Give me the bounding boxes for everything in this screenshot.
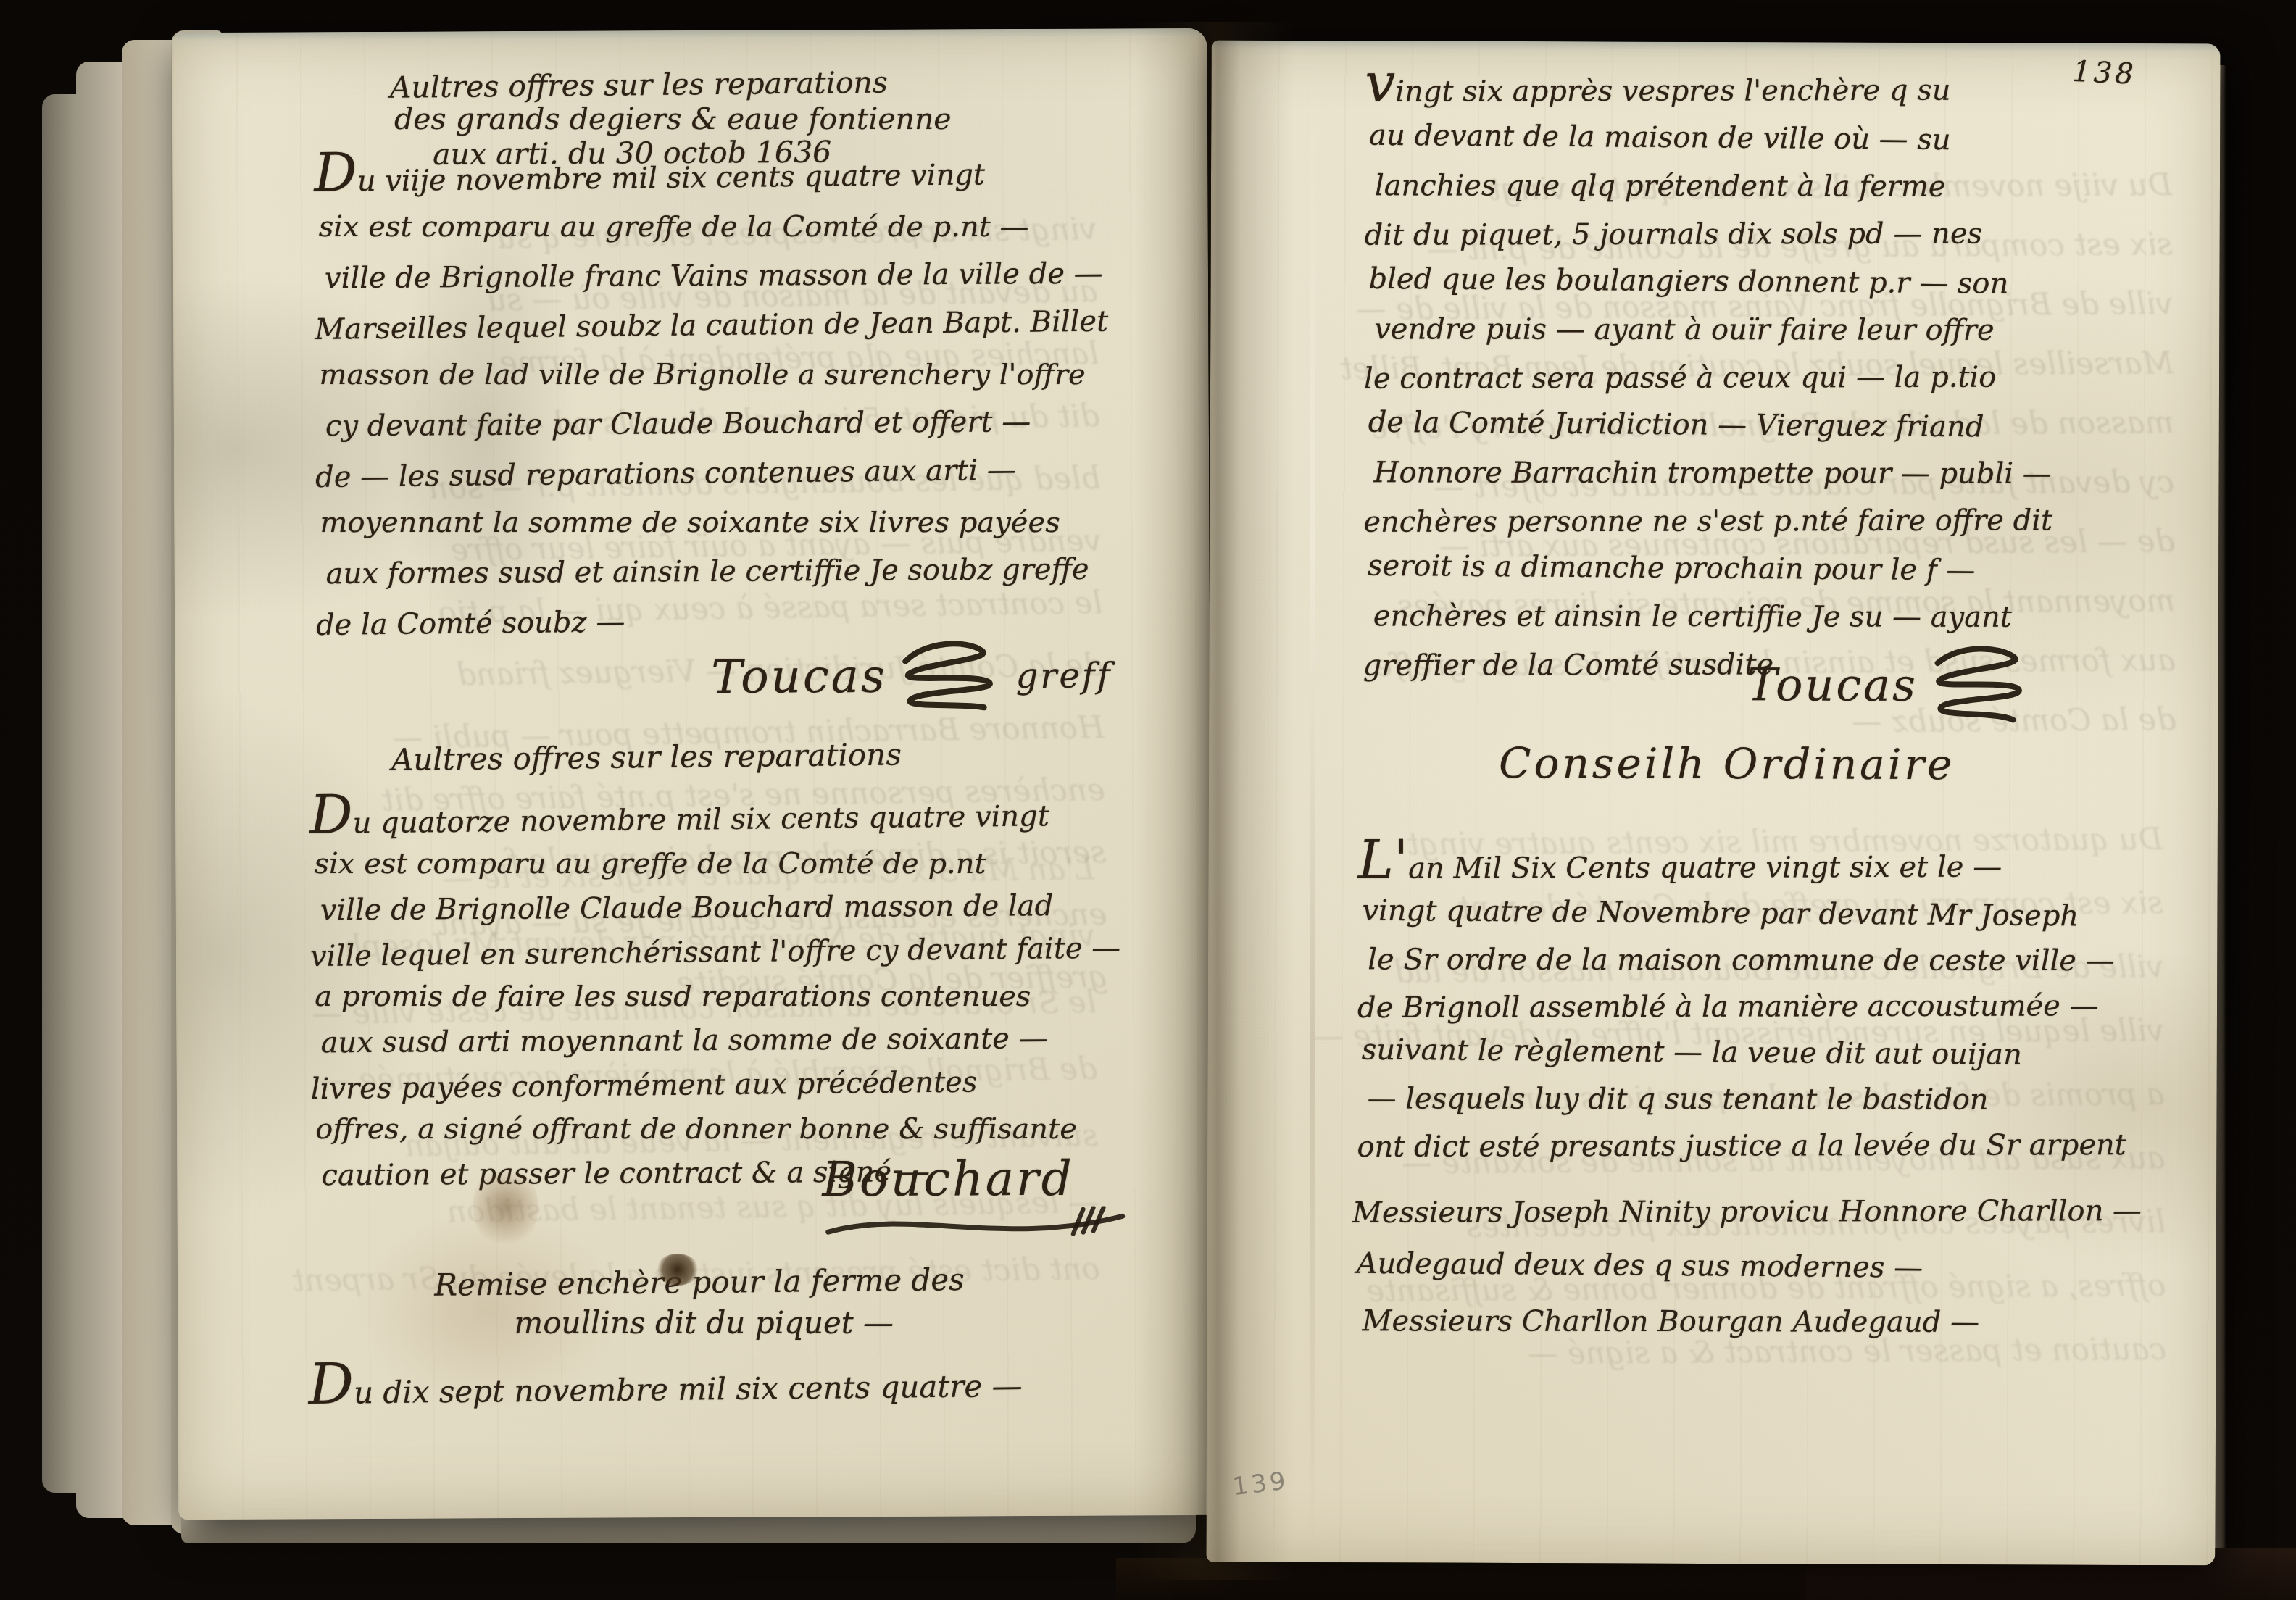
manuscript-line: Du quatorze novembre mil six cents quatr… bbox=[309, 785, 1209, 846]
manuscript-line: moullins dit du piquet — bbox=[421, 1303, 986, 1343]
manuscript-line: L'an Mil Six Cents quatre vingt six et l… bbox=[1358, 837, 2221, 892]
entry-paragraph-2: Du quatorze novembre mil six cents quatr… bbox=[309, 788, 1210, 1197]
manuscript-line: — lesquels luy dit q sus tenant le basti… bbox=[1368, 1075, 2221, 1123]
manuscript-line: cy devant faite par Claude Bouchard et o… bbox=[325, 396, 1202, 451]
council-heading: Conseilh Ordinaire bbox=[1499, 738, 1955, 789]
left-page: vingt six apprès vespres l'enchère q sua… bbox=[172, 28, 1214, 1520]
manuscript-line: suivant le règlement — la veue dit aut o… bbox=[1362, 1027, 2221, 1080]
attendees-paragraph: Messieurs Joseph Ninity provicu Honnore … bbox=[1352, 1183, 2220, 1351]
entry-paragraph-2: L'an Mil Six Cents quatre vingt six et l… bbox=[1357, 836, 2220, 1170]
entry-paragraph-1: vingt six apprès vespres l'enchère q sua… bbox=[1363, 59, 2206, 690]
manuscript-line: Messieurs Charllon Bourgan Audegaud — bbox=[1362, 1293, 2220, 1350]
manuscript-line: ont dict esté presants justice a la levé… bbox=[1357, 1122, 2220, 1170]
manuscript-line: Honnore Barrachin trompette pour — publi… bbox=[1374, 449, 2215, 498]
manuscript-line: ville de Brignolle Claude Bouchard masso… bbox=[320, 883, 1214, 933]
manuscript-line: six est comparu au greffe de la Comté de… bbox=[315, 842, 1213, 886]
section-heading-offers-2: Aultres offres sur les reparations bbox=[378, 738, 915, 777]
signature-name: Toucas bbox=[711, 650, 887, 704]
manuscript-line: de la Comté Juridiction — Vierguez frian… bbox=[1368, 399, 2209, 453]
manuscript-line: au devant de la maison de ville où — su bbox=[1369, 112, 2210, 166]
pencil-folio-number: 139 bbox=[1231, 1466, 1290, 1501]
right-page: Du viije novembre mil six cents quatre v… bbox=[1206, 41, 2220, 1566]
manuscript-line: le Sr ordre de la maison commune de cest… bbox=[1368, 936, 2220, 984]
manuscript-line: aux susd arti moyennant la somme de soix… bbox=[320, 1016, 1213, 1066]
manuscript-line: Du viije novembre mil six cents quatre v… bbox=[314, 143, 1191, 207]
manuscript-line: lanchies que qlq prétendent à la ferme bbox=[1375, 162, 2216, 211]
manuscript-line: dit du piquet, 5 journals dix sols pd — … bbox=[1365, 209, 2205, 259]
manuscript-line: livres payées conformément aux précédent… bbox=[311, 1058, 1210, 1112]
manuscript-line: Aultres offres sur les reparations bbox=[378, 736, 915, 778]
manuscript-line: ville de Brignolle franc Vains masson de… bbox=[325, 249, 1202, 303]
entry-paragraph-1: Du viije novembre mil six cents quatre v… bbox=[314, 146, 1193, 647]
section-heading-remise: Remise enchère pour la ferme desmoullins… bbox=[417, 1261, 982, 1344]
manuscript-line: des grands degiers & eaue fontienne bbox=[394, 102, 858, 136]
manuscript-line: enchères et ainsin le certiffie Je su — … bbox=[1373, 592, 2214, 641]
signature-name: Bouchard bbox=[822, 1151, 1074, 1208]
manuscript-line: enchères personne ne s'est p.nté faire o… bbox=[1363, 496, 2204, 546]
signature-name: Toucas bbox=[1747, 658, 1918, 712]
manuscript-line: six est comparu au greffe de la Comté de… bbox=[319, 202, 1196, 251]
manuscript-line: offres, a signé offrant de donner bonne … bbox=[315, 1107, 1213, 1151]
book-board bbox=[1116, 1558, 1805, 1600]
signature-toucas: Toucas bbox=[1747, 641, 2037, 728]
manuscript-line: bled que les boulangiers donnent p.r — s… bbox=[1368, 255, 2209, 309]
manuscript-line: de — les susd reparations contenues aux … bbox=[315, 443, 1193, 502]
signature-bouchard: Bouchard bbox=[822, 1150, 1134, 1246]
manuscript-line: Audegaud deux des q sus modernes — bbox=[1356, 1236, 2220, 1299]
manuscript-line: vingt quatre de Novembre par devant Mr J… bbox=[1362, 888, 2220, 941]
manuscript-line: Du dix sept novembre mil six cents quatr… bbox=[308, 1353, 1207, 1417]
deckle-edge bbox=[172, 28, 1207, 49]
manuscript-line: vendre puis — ayant à ouïr faire leur of… bbox=[1374, 305, 2215, 354]
manuscript-line: Marseilles lequel soubz la caution de Je… bbox=[315, 296, 1192, 354]
fold-crease bbox=[1310, 51, 1315, 1551]
manuscript-line: Aultres offres sur les reparations bbox=[390, 66, 854, 105]
council-heading-label: Conseilh Ordinaire bbox=[1499, 738, 1955, 789]
manuscript-line: ville lequel en surenchérissant l'offre … bbox=[310, 925, 1210, 979]
signature-paraph-icon bbox=[897, 636, 1005, 717]
signature-flourish-icon bbox=[823, 1206, 1134, 1246]
manuscript-photo: vingt six apprès vespres l'enchère q sua… bbox=[0, 0, 2296, 1600]
entry-paragraph-3: Du dix sept novembre mil six cents quatr… bbox=[309, 1356, 1207, 1414]
signature-paraph-icon bbox=[1928, 641, 2037, 729]
manuscript-line: le contract sera passé à ceux qui — la p… bbox=[1364, 353, 2205, 403]
manuscript-line: Messieurs Joseph Ninity provicu Honnore … bbox=[1352, 1183, 2221, 1241]
manuscript-line: vingt six apprès vespres l'enchère q su bbox=[1365, 60, 2205, 116]
manuscript-line: a promis de faire les susd reparations c… bbox=[315, 975, 1213, 1019]
signature-toucas: Toucas greff bbox=[711, 636, 1112, 717]
manuscript-line: Remise enchère pour la ferme des bbox=[417, 1259, 983, 1306]
signature-suffix: greff bbox=[1016, 655, 1112, 696]
deckle-edge bbox=[1212, 41, 2221, 60]
manuscript-line: aux formes susd et ainsin le certiffie J… bbox=[326, 544, 1203, 599]
manuscript-line: seroit is a dimanche prochain pour le f … bbox=[1368, 542, 2208, 596]
manuscript-line: moyennant la somme de soixante six livre… bbox=[320, 498, 1197, 547]
manuscript-line: masson de lad ville de Brignolle a suren… bbox=[320, 350, 1197, 399]
manuscript-line: de Brignoll assemblé à la manière accous… bbox=[1357, 983, 2221, 1031]
